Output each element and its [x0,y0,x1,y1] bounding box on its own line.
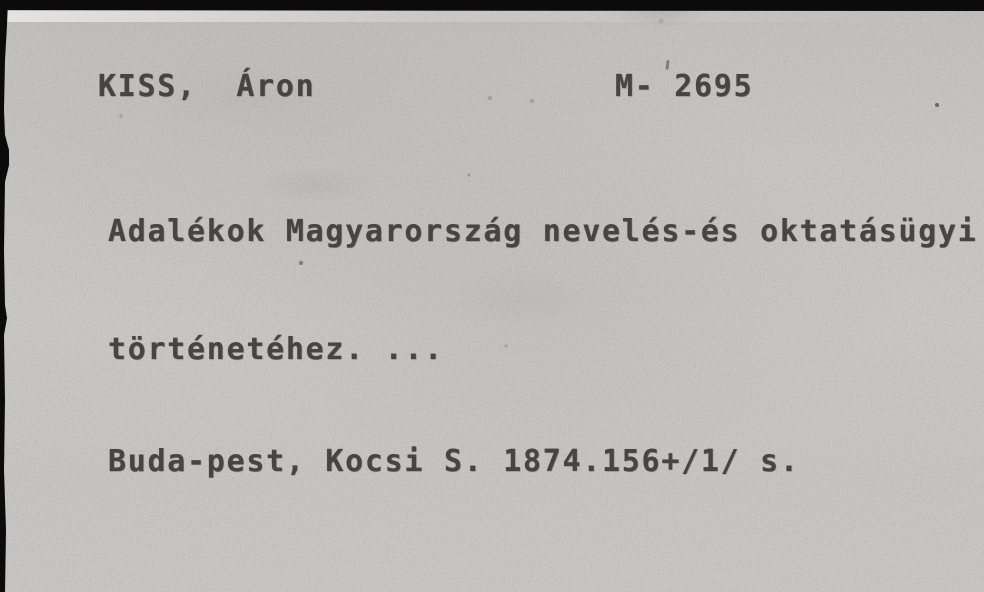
paper-edge-highlight [0,10,984,22]
title-line-2: történetéhez. ... [108,331,978,369]
scanned-catalog-card: KISS, Áron M- 2695 Adalékok Magyarország… [0,0,984,592]
title-line-1: Adalékok Magyarország nevelés-és oktatás… [108,213,978,251]
call-number: M- 2695 [615,68,753,106]
card-body: Adalékok Magyarország nevelés-és oktatás… [108,137,978,555]
author-heading: KISS, Áron [98,68,315,106]
scan-edge-left [0,0,10,592]
paper-specks [0,0,2,2]
scan-edge-top [0,0,984,11]
imprint-line: Buda-pest, Kocsi S. 1874.156+/1/ s. [108,443,978,481]
